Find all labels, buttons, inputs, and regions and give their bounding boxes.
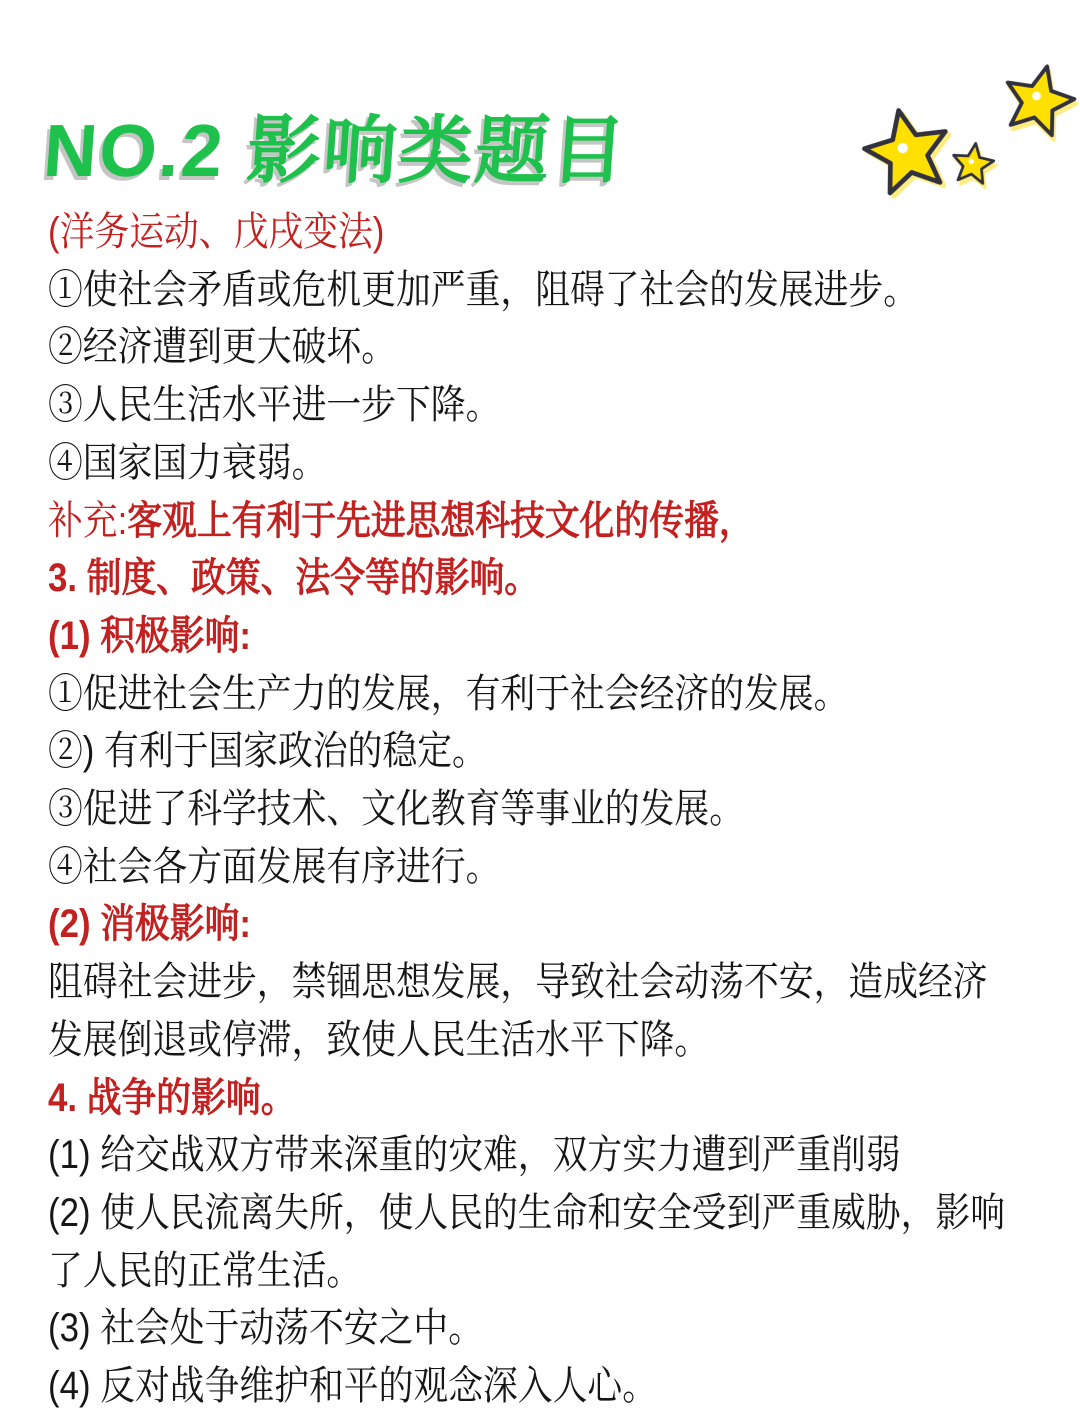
text-line: (2) 使人民流离失所，使人民的生命和安全受到严重威胁，影响 (48, 1185, 927, 1243)
star-icon (992, 52, 1080, 147)
text-segment: (4) 反对战争维护和平的观念深入人心。 (48, 1364, 657, 1408)
text-segment: ②) 有利于国家政治的稳定。 (48, 729, 487, 773)
text-segment: ④社会各方面发展有序进行。 (48, 845, 500, 889)
text-segment: 补充: (48, 499, 127, 543)
note-page: NO.2 影响类题目 (洋务运动、戊戌变法)①使社会矛盾或危机更加严重，阻碍了社… (0, 0, 1080, 1413)
text-line: (1) 积极影响: (48, 608, 927, 666)
text-line: 3. 制度、政策、法令等的影响。 (48, 550, 927, 608)
text-line: (2) 消极影响: (48, 896, 927, 954)
text-line: ④国家国力衰弱。 (48, 435, 927, 493)
text-segment: 4. 战争的影响。 (48, 1076, 296, 1120)
text-segment: (2) 消极影响: (48, 902, 251, 946)
text-segment: (1) 给交战双方带来深重的灾难，双方实力遭到严重削弱 (48, 1133, 901, 1177)
text-segment: 3. 制度、政策、法令等的影响。 (48, 556, 539, 600)
text-line: ③促进了科学技术、文化教育等事业的发展。 (48, 781, 927, 839)
text-line: ①使社会矛盾或危机更加严重，阻碍了社会的发展进步。 (48, 262, 927, 320)
text-segment: ①使社会矛盾或危机更加严重，阻碍了社会的发展进步。 (48, 268, 918, 312)
text-segment: (洋务运动、戊戌变法) (48, 210, 384, 254)
text-line: ③人民生活水平进一步下降。 (48, 377, 927, 435)
note-body: (洋务运动、戊戌变法)①使社会矛盾或危机更加严重，阻碍了社会的发展进步。②经济遭… (48, 204, 1058, 1413)
text-segment: (3) 社会处于动荡不安之中。 (48, 1306, 483, 1350)
text-line: ②) 有利于国家政治的稳定。 (48, 723, 927, 781)
text-line: (4) 反对战争维护和平的观念深入人心。 (48, 1358, 927, 1413)
text-line: 了人民的正常生活。 (48, 1243, 927, 1301)
text-segment: 发展倒退或停滞，致使人民生活水平下降。 (48, 1018, 709, 1062)
text-line: (洋务运动、戊戌变法) (48, 204, 927, 262)
text-line: ④社会各方面发展有序进行。 (48, 839, 927, 897)
text-segment: 阻碍社会进步，禁锢思想发展，导致社会动荡不安，造成经济 (48, 960, 988, 1004)
text-segment: ④国家国力衰弱。 (48, 441, 326, 485)
text-segment: ②经济遭到更大破坏。 (48, 325, 396, 369)
text-segment: ③人民生活水平进一步下降。 (48, 383, 500, 427)
text-line: 阻碍社会进步，禁锢思想发展，导致社会动荡不安，造成经济 (48, 954, 927, 1012)
text-line: 发展倒退或停滞，致使人民生活水平下降。 (48, 1012, 927, 1070)
text-line: ②经济遭到更大破坏。 (48, 319, 927, 377)
text-line: 4. 战争的影响。 (48, 1070, 927, 1128)
text-line: 补充:客观上有利于先进思想科技文化的传播， (48, 493, 927, 551)
text-line: ①促进社会生产力的发展，有利于社会经济的发展。 (48, 666, 927, 724)
text-segment: 了人民的正常生活。 (48, 1249, 361, 1293)
star-icon (851, 94, 962, 205)
text-segment: ①促进社会生产力的发展，有利于社会经济的发展。 (48, 672, 848, 716)
star-icon (947, 137, 999, 189)
text-segment: (2) 使人民流离失所，使人民的生命和安全受到严重威胁，影响 (48, 1191, 1005, 1235)
text-line: (3) 社会处于动荡不安之中。 (48, 1300, 927, 1358)
text-segment: ③促进了科学技术、文化教育等事业的发展。 (48, 787, 744, 831)
text-segment: (1) 积极影响: (48, 614, 251, 658)
text-segment: 客观上有利于先进思想科技文化的传播， (127, 499, 753, 543)
page-title: NO.2 影响类题目 (41, 92, 632, 198)
text-line: (1) 给交战双方带来深重的灾难，双方实力遭到严重削弱 (48, 1127, 927, 1185)
